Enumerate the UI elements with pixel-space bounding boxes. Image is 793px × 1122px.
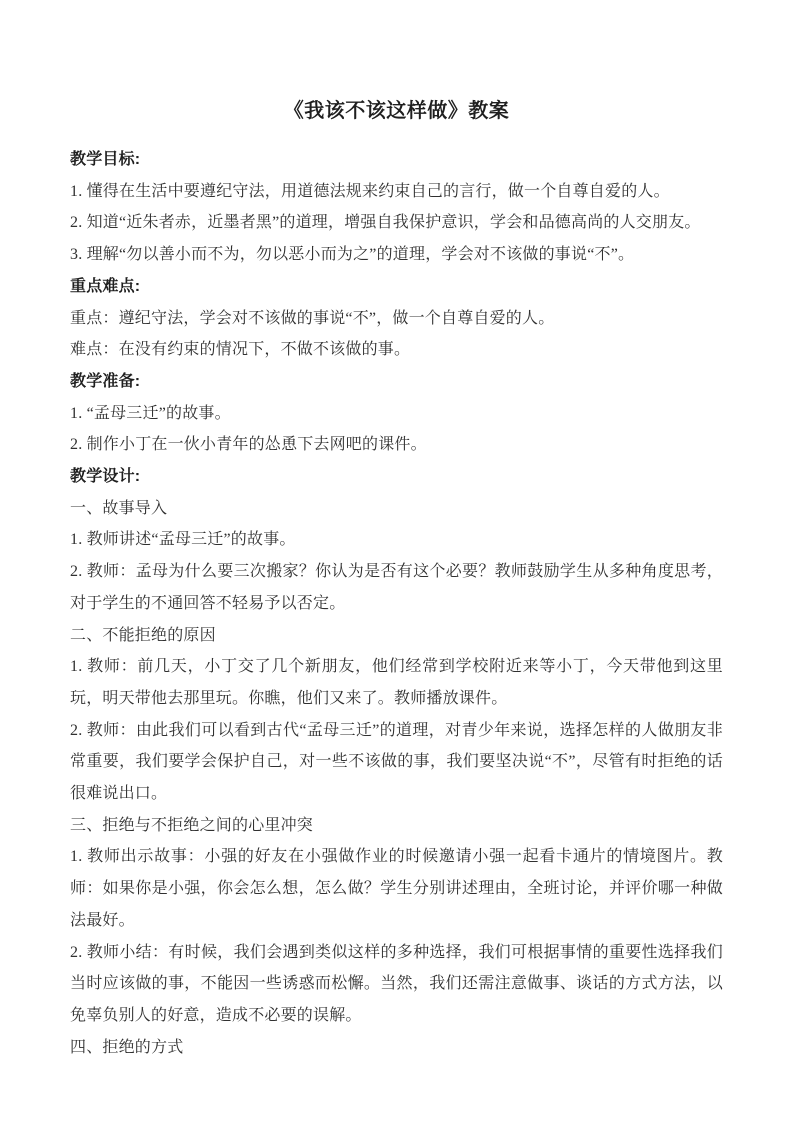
design-step-3-item-2: 2. 教师小结：有时候，我们会遇到类似这样的多种选择，我们可根据事情的重要性选择… — [70, 937, 723, 1032]
design-step-3-title: 三、拒绝与不拒绝之间的心里冲突 — [70, 810, 723, 842]
design-step-1-item-2: 2. 教师：孟母为什么要三次搬家？你认为是否有这个必要？教师鼓励学生从多种角度思… — [70, 556, 723, 619]
preparation-item-1: 1. “孟母三迁”的故事。 — [70, 398, 723, 430]
design-step-3-item-1: 1. 教师出示故事：小强的好友在小强做作业的时候邀请小强一起看卡通片的情境图片。… — [70, 841, 723, 936]
preparation-item-2: 2. 制作小丁在一伙小青年的怂恿下去网吧的课件。 — [70, 429, 723, 461]
section-heading-teaching-design: 教学设计: — [70, 461, 723, 493]
design-step-1-item-1: 1. 教师讲述“孟母三迁”的故事。 — [70, 524, 723, 556]
objective-item-1: 1. 懂得在生活中要遵纪守法，用道德法规来约束自己的言行，做一个自尊自爱的人。 — [70, 176, 723, 208]
design-step-1-title: 一、故事导入 — [70, 493, 723, 525]
section-heading-teaching-preparation: 教学准备: — [70, 366, 723, 398]
section-heading-key-difficult-points: 重点难点: — [70, 271, 723, 303]
design-step-4-title: 四、拒绝的方式 — [70, 1032, 723, 1064]
objective-item-3: 3. 理解“勿以善小而不为，勿以恶小而为之”的道理，学会对不该做的事说“不”。 — [70, 239, 723, 271]
difficult-point-text: 难点：在没有约束的情况下，不做不该做的事。 — [70, 334, 723, 366]
document-title: 《我该不该这样做》教案 — [70, 96, 723, 127]
design-step-2-item-2: 2. 教师：由此我们可以看到古代“孟母三迁”的道理，对青少年来说，选择怎样的人做… — [70, 715, 723, 810]
section-heading-teaching-objectives: 教学目标: — [70, 144, 723, 176]
document-page: 《我该不该这样做》教案 教学目标: 1. 懂得在生活中要遵纪守法，用道德法规来约… — [0, 0, 793, 1122]
design-step-2-title: 二、不能拒绝的原因 — [70, 620, 723, 652]
objective-item-2: 2. 知道“近朱者赤，近墨者黑”的道理，增强自我保护意识，学会和品德高尚的人交朋… — [70, 207, 723, 239]
design-step-2-item-1: 1. 教师：前几天，小丁交了几个新朋友，他们经常到学校附近来等小丁，今天带他到这… — [70, 651, 723, 714]
key-point-text: 重点：遵纪守法，学会对不该做的事说“不”，做一个自尊自爱的人。 — [70, 303, 723, 335]
